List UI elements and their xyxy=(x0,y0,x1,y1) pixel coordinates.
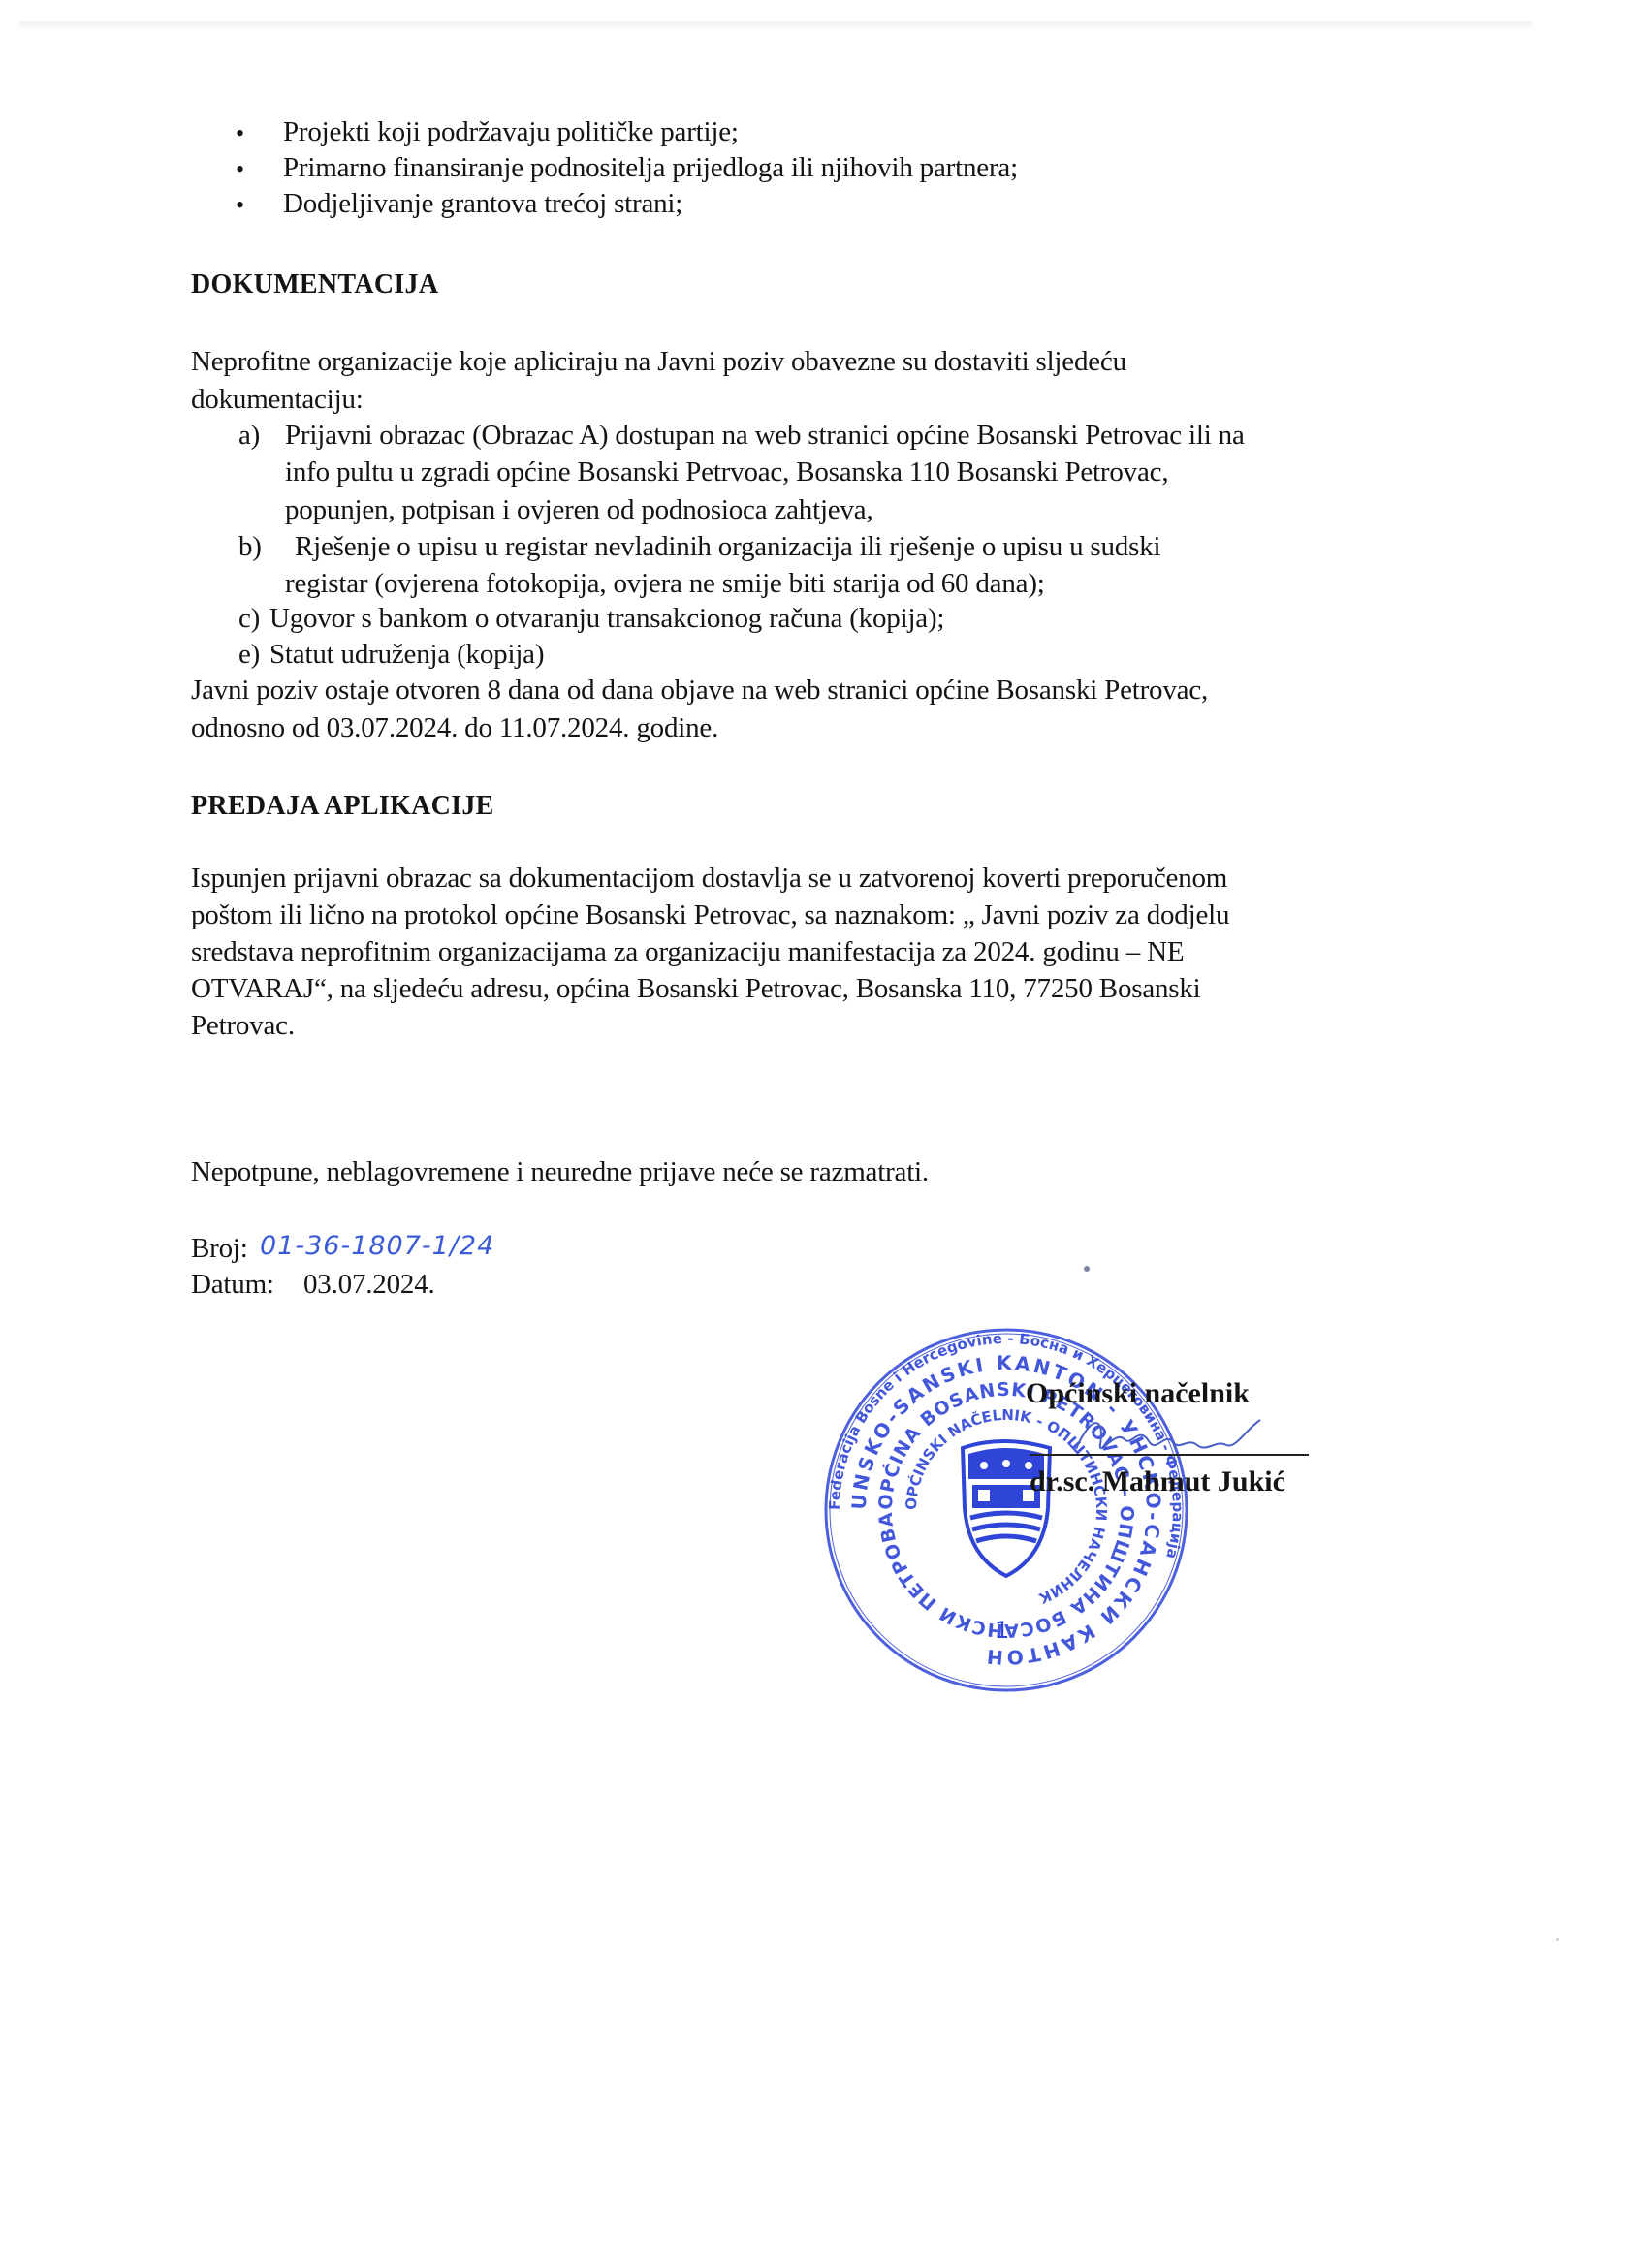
section-heading-submission: PREDAJA APLIKACIJE xyxy=(191,791,494,822)
section-heading-documentation: DOKUMENTACIJA xyxy=(191,269,438,300)
item-marker: e) xyxy=(238,637,260,672)
paragraph-line: Javni poziv ostaje otvoren 8 dana od dan… xyxy=(191,673,1208,708)
paragraph-line: poštom ili lično na protokol općine Bosa… xyxy=(191,898,1229,932)
svg-text:1: 1 xyxy=(995,1617,1009,1644)
paragraph-line: Neprofitne organizacije koje apliciraju … xyxy=(191,344,1126,379)
item-line: registar (ovjerena fotokopija, ovjera ne… xyxy=(285,566,1045,601)
item-marker: c) xyxy=(238,601,260,636)
item-line: Ugovor s bankom o otvaranju transakciono… xyxy=(269,601,944,636)
list-item: Dodjeljivanje grantova trećoj strani; xyxy=(283,186,682,221)
paragraph-line: odnosno od 03.07.2024. do 11.07.2024. go… xyxy=(191,710,718,745)
incomplete-applications-notice: Nepotpune, neblagovremene i neuredne pri… xyxy=(191,1154,929,1189)
scan-artifact xyxy=(19,21,1532,31)
paragraph-line: dokumentaciju: xyxy=(191,382,364,417)
date-value: 03.07.2024. xyxy=(303,1267,435,1302)
item-line: Prijavni obrazac (Obrazac A) dostupan na… xyxy=(285,418,1245,453)
document-page: • Projekti koji podržavaju političke par… xyxy=(0,0,1648,2268)
item-marker: a) xyxy=(238,418,260,453)
item-line: info pultu u zgradi općine Bosanski Petr… xyxy=(285,455,1168,489)
scan-speck xyxy=(1084,1266,1090,1272)
paragraph-line: Petrovac. xyxy=(191,1008,295,1043)
date-label: Datum: xyxy=(191,1267,274,1302)
reference-number-label: Broj: xyxy=(191,1231,248,1266)
paragraph-line: Ispunjen prijavni obrazac sa dokumentaci… xyxy=(191,861,1227,896)
item-line: popunjen, potpisan i ovjeren od podnosio… xyxy=(285,492,873,527)
signatory-name: dr.sc. Mahmut Jukić xyxy=(1030,1465,1285,1498)
reference-number-handwritten: 01-36-1807-1/24 xyxy=(260,1229,494,1264)
paragraph-line: OTVARAJ“, na sljedeću adresu, općina Bos… xyxy=(191,971,1201,1006)
signature-line xyxy=(1030,1454,1309,1456)
item-marker: b) xyxy=(238,529,262,564)
bullet-icon: • xyxy=(236,152,244,187)
item-line: Statut udruženja (kopija) xyxy=(269,637,544,672)
bullet-icon: • xyxy=(236,116,244,151)
signatory-title: Općinski načelnik xyxy=(1026,1377,1250,1410)
list-item: Projekti koji podržavaju političke parti… xyxy=(283,114,739,149)
paragraph-line: sredstava neprofitnim organizacijama za … xyxy=(191,934,1184,969)
handwritten-signature-icon xyxy=(1071,1410,1265,1468)
scan-speck xyxy=(1556,1938,1559,1941)
bullet-icon: • xyxy=(236,188,244,223)
item-line: Rješenje o upisu u registar nevladinih o… xyxy=(295,529,1160,564)
list-item: Primarno finansiranje podnositelja prije… xyxy=(283,150,1018,185)
